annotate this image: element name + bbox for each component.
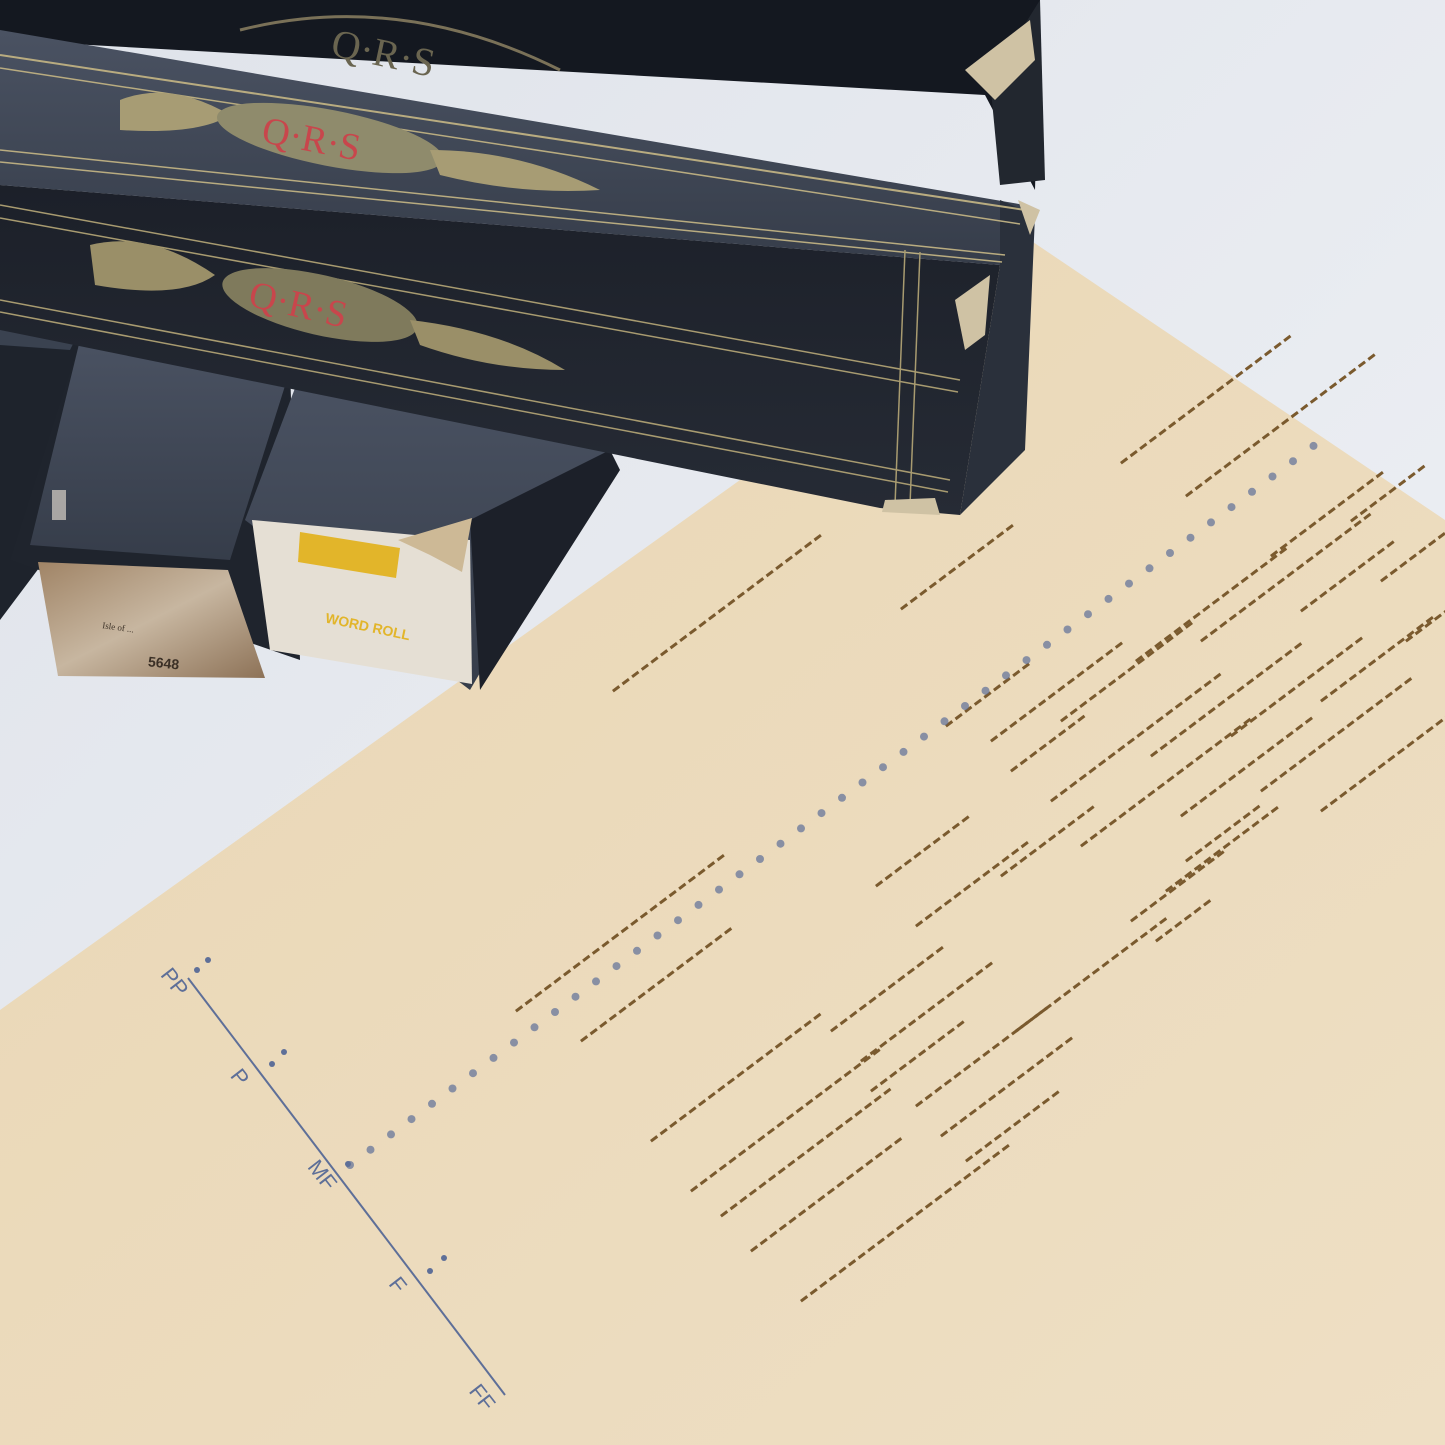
catalog-number: 5648 (147, 653, 180, 672)
photo-scene: PP P MF F FF Isle of ... 5648 WORD ROLL … (0, 0, 1445, 1445)
